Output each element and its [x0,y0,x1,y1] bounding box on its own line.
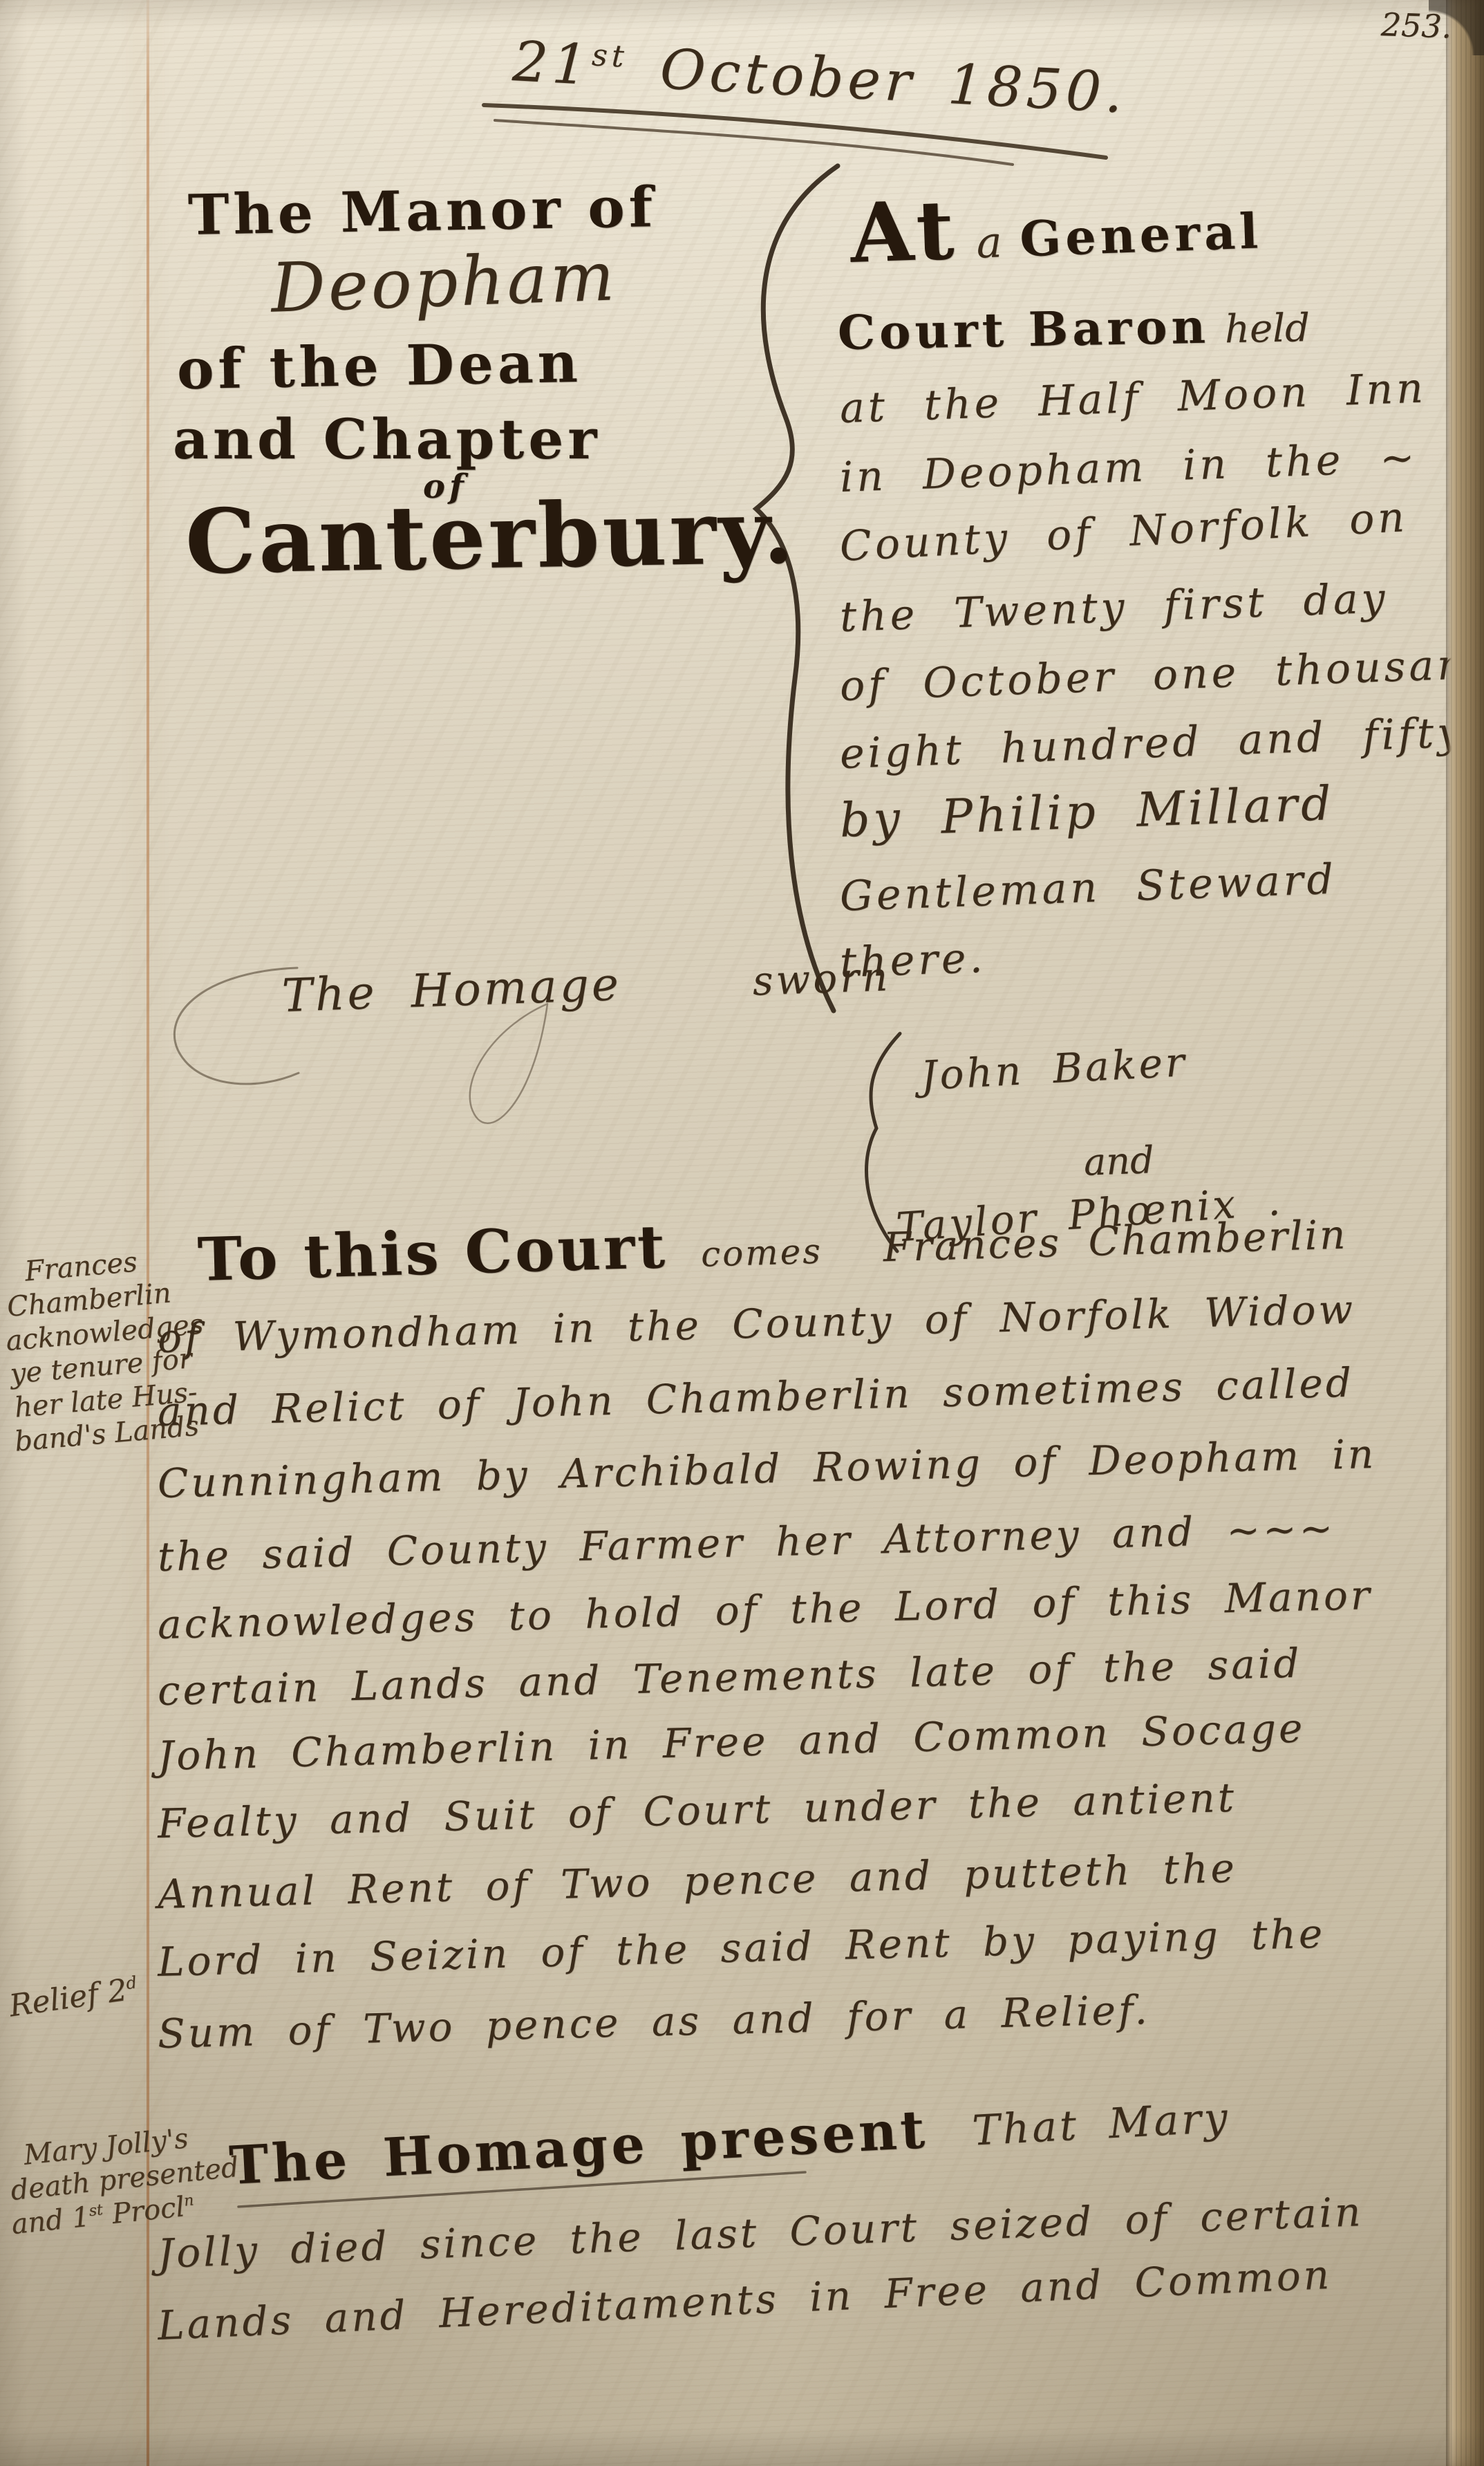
court-line: the Twenty first day [839,574,1389,642]
court-line-court-baron-held: Court Baron held [837,297,1310,361]
book-page-edge [1446,0,1484,2466]
paragraph1-line: of Wymondham in the County of Norfolk Wi… [157,1286,1356,1362]
paragraph1-comes: comes [700,1231,823,1275]
paragraph2-opening: The Homage present [228,2098,930,2196]
homage-sworn-line: The Homage sworn [281,948,892,1022]
jurors-conjunction: and [1083,1138,1155,1184]
juror-name-1: John Baker [919,1038,1188,1099]
paragraph1-name: Frances Chamberlin [883,1211,1348,1271]
margin-note-jolly: Mary Jolly's death presented and 1st Pro… [10,2117,244,2241]
date-rest: October 1850. [626,35,1128,126]
paragraph2-line1: The Homage present That Mary [228,2082,1232,2196]
court-line-at-a-general: At a General [849,171,1264,281]
date-ordinal: st [591,37,629,75]
paragraph1-line1: To this Court comes Frances Chamberlin [197,1193,1349,1295]
title-line-canterbury: Canterbury. [185,480,798,594]
court-word-at: At [849,182,960,281]
homage-flourish-oval [174,968,299,1084]
binding-crease-line [147,0,149,2466]
date-heading: 21st October 1850. [511,29,1129,125]
page-number: 253. [1380,6,1452,46]
court-line: eight hundred and fifty [839,708,1465,778]
paragraph1-line: Sum of Two pence as and for a Relief. [157,1986,1150,2057]
title-line-of-the-dean: of the Dean [176,330,582,402]
margin-note-relief: Relief 2d [7,1970,140,2025]
date-underline-stroke-2 [495,120,1013,165]
court-line: Gentleman Steward [839,855,1337,921]
title-line-manor-of: The Manor of [187,174,657,247]
court-word-general: General [1019,202,1263,268]
paragraph1-line: acknowledges to hold of the Lord of this… [157,1571,1373,1648]
court-words-court-baron: Court Baron [837,299,1210,361]
homage-descender-loop [470,1004,547,1123]
court-line: in Deopham in the ~ [839,433,1419,502]
court-line: at the Half Moon Inn [839,364,1427,433]
court-line: of October one thousand [839,639,1484,711]
margin-note-relief-sup: d [124,1972,138,1993]
paragraph1-line: and Relict of John Chamberlin sometimes … [157,1359,1354,1435]
court-word-a: a [975,216,1002,268]
manuscript-page: 253. 21st October 1850. The Manor of Deo… [0,0,1484,2466]
paragraph1-opening: To this Court [197,1212,669,1295]
paragraph1-line: Annual Rent of Two pence and putteth the [157,1844,1237,1918]
court-line: by Philip Millard [839,776,1335,848]
margin-note-relief-text: Relief 2 [7,1972,129,2024]
paragraph1-line: certain Lands and Tenements late of the … [157,1640,1302,1715]
court-word-held: held [1224,306,1310,352]
paragraph1-line: Cunningham by Archibald Rowing of Deopha… [157,1430,1377,1507]
date-day: 21 [511,29,594,97]
paragraph1-line: the said County Farmer her Attorney and … [157,1504,1336,1580]
paragraph2-that-mary: That Mary [971,2093,1232,2155]
paragraph1-line: Fealty and Suit of Court under the antie… [157,1774,1237,1847]
paragraph1-line: Lord in Seizin of the said Rent by payin… [157,1910,1326,1986]
title-line-deopham: Deopham [270,237,618,328]
homage-sworn-word: sworn [752,953,892,1005]
title-line-and-chapter: and Chapter [173,407,601,471]
court-line: County of Norfolk on [838,493,1409,571]
paragraph1-line: John Chamberlin in Free and Common Socag… [157,1704,1306,1780]
homage-label: The Homage [281,958,622,1022]
title-court-brace [756,166,838,1011]
